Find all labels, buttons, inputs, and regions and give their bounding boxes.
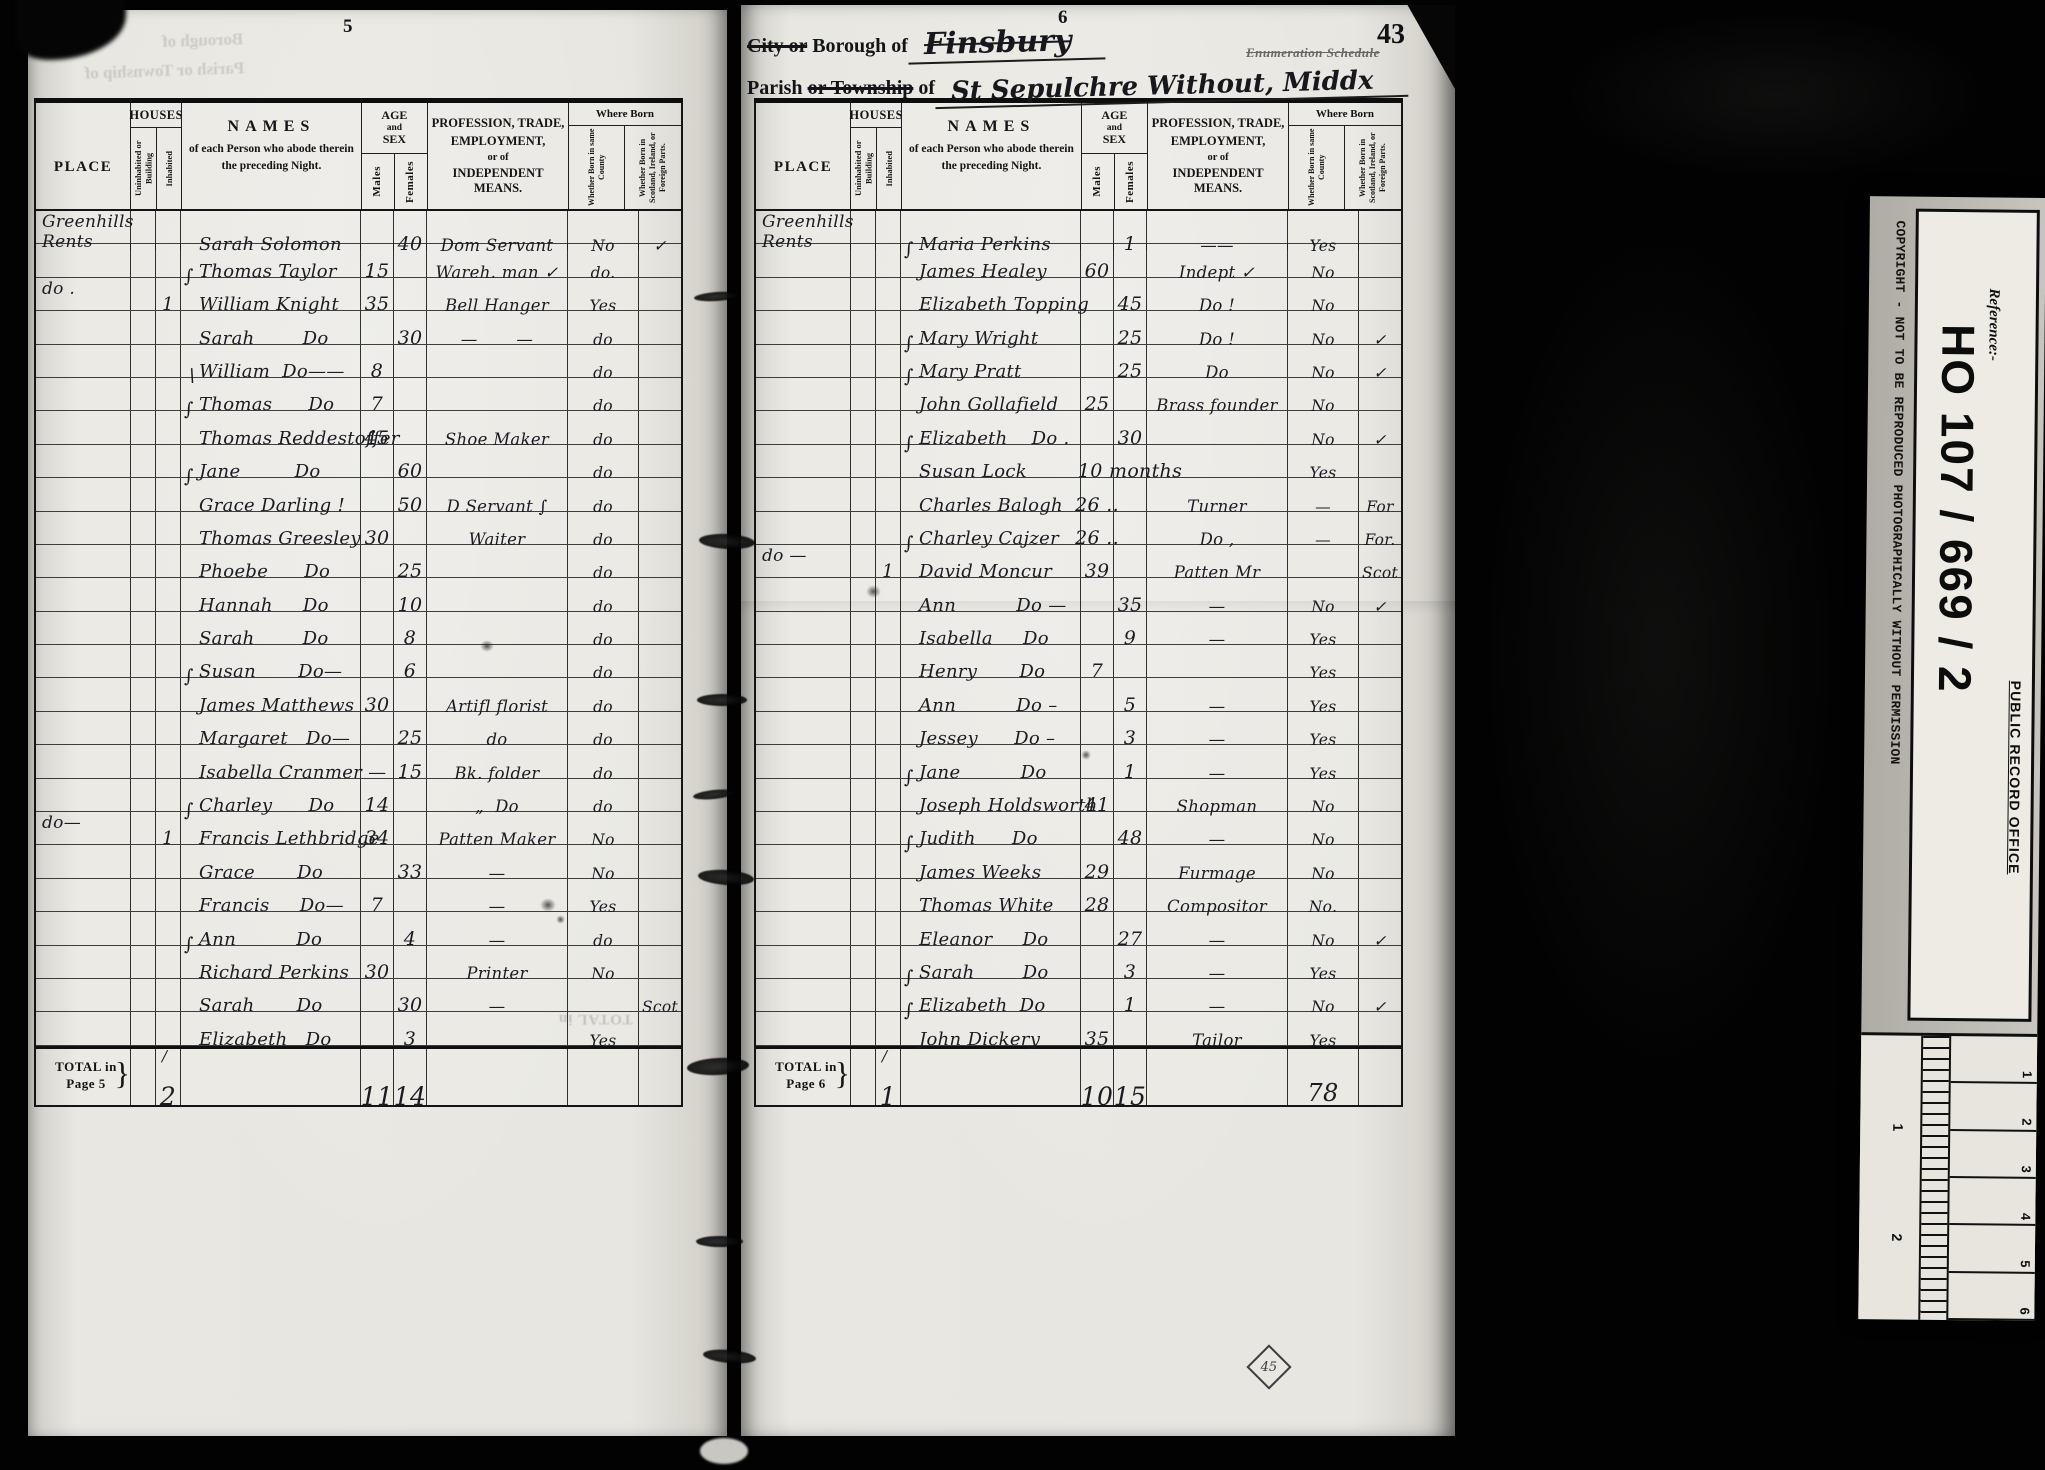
name-cell: Charles Balogh <box>901 478 1081 510</box>
born-county-cell: do <box>568 678 639 710</box>
uninhabited-cell <box>131 779 156 811</box>
born-county-cell: do <box>568 745 639 777</box>
females-age-cell <box>394 678 427 710</box>
born-county-cell: No <box>1288 979 1359 1011</box>
ruler-mark: 1 <box>1951 1036 2037 1084</box>
public-record-office-label: PUBLIC RECORD OFFICE <box>2006 681 2024 875</box>
ruler-scale-a: 123456 <box>1946 1036 2037 1321</box>
uninhabited-cell <box>851 411 876 443</box>
profession-cell: — <box>1147 912 1288 944</box>
place-cell: do — <box>756 545 851 577</box>
born-elsewhere-cell <box>639 512 681 544</box>
uninhabited-cell <box>851 478 876 510</box>
place-cell <box>36 545 131 577</box>
born-elsewhere-cell <box>639 1012 681 1044</box>
uninhabited-cell <box>131 912 156 944</box>
heading: City or Borough ofFinsbury Parish or Tow… <box>747 25 1408 112</box>
place-cell <box>756 979 851 1011</box>
parish-value: St Sepulchre Without, Middx <box>935 65 1408 109</box>
females-age-cell <box>1114 645 1147 677</box>
place-cell: Greenhills Rents <box>36 211 131 250</box>
inhabited-cell <box>156 879 181 911</box>
females-age-cell: 50 <box>394 478 427 510</box>
males-age-cell <box>361 645 394 677</box>
born-county-cell: do <box>568 779 639 811</box>
profession-cell: Printer <box>427 946 568 978</box>
heading-parish-line: Parish or Township ofSt Sepulchre Withou… <box>747 71 1408 103</box>
inhabited-cell <box>156 578 181 610</box>
name-cell: Thomas Reddestoffer <box>181 411 361 443</box>
uninhabited-cell <box>131 645 156 677</box>
census-row: Henry Do7Yes <box>756 645 1401 678</box>
census-row: ∫Mary Pratt25DoNo✓ <box>756 345 1401 378</box>
males-age-cell: 35 <box>361 278 394 310</box>
name-cell: Grace Darling ! <box>181 478 361 510</box>
totals-born2-cell <box>639 1049 681 1105</box>
column-header-born-same-county: Whether Born in same County <box>569 126 626 209</box>
census-row: Jessey Do –3—Yes <box>756 712 1401 745</box>
females-age-cell: 40 <box>394 211 427 250</box>
profession-cell: Brass founder <box>1147 378 1288 410</box>
profession-cell <box>427 1012 568 1044</box>
census-row: Isabella Do9—Yes <box>756 612 1401 645</box>
born-elsewhere-cell <box>639 445 681 477</box>
census-row: Elizabeth Do3Yes <box>36 1012 681 1045</box>
census-row: James Matthews30Artifl floristdo <box>36 678 681 711</box>
born-county-cell: do <box>568 645 639 677</box>
name-cell: Francis Do— <box>181 879 361 911</box>
males-age-cell: 41 <box>1081 779 1114 811</box>
census-row: ∫Susan Do—6do <box>36 645 681 678</box>
inhabited-cell <box>876 645 901 677</box>
place-cell <box>756 779 851 811</box>
column-header-uninhabited: Uninhabited or Building <box>131 128 157 209</box>
name-cell: Sarah Solomon <box>181 211 361 250</box>
uninhabited-cell <box>131 979 156 1011</box>
place-cell <box>756 812 851 844</box>
census-row: Joseph Holdsworth41ShopmanNo <box>756 779 1401 812</box>
born-elsewhere-cell <box>639 378 681 410</box>
place-cell <box>36 311 131 343</box>
born-county-cell: No <box>1288 278 1359 310</box>
inhabited-cell <box>156 912 181 944</box>
name-cell: Elizabeth Topping <box>901 278 1081 310</box>
totals-born2-cell <box>1359 1049 1401 1105</box>
males-age-cell: 15 <box>361 244 394 276</box>
totals-males-cell: 10 <box>1081 1049 1114 1105</box>
males-age-cell: 14 <box>361 779 394 811</box>
profession-cell: Furmage <box>1147 845 1288 877</box>
name-cell: John Gollafield <box>901 378 1081 410</box>
column-header-names: NAMES of each Person who abode therein t… <box>182 103 361 209</box>
born-elsewhere-cell <box>639 678 681 710</box>
born-elsewhere-cell <box>639 812 681 844</box>
census-row: Greenhills Rents∫Maria Perkins1——Yes <box>756 211 1401 244</box>
males-age-cell <box>361 545 394 577</box>
females-age-cell: 1 <box>1114 979 1147 1011</box>
born-county-cell: Yes <box>568 879 639 911</box>
name-cell: ∫Thomas Do <box>181 378 361 410</box>
place-cell <box>756 345 851 377</box>
place-cell <box>36 946 131 978</box>
females-age-cell: 15 <box>394 745 427 777</box>
table-header: PLACE HOUSES Uninhabited or Building Inh… <box>756 103 1401 211</box>
uninhabited-cell <box>131 578 156 610</box>
name-cell: Thomas Greesley <box>181 512 361 544</box>
males-age-cell <box>1081 578 1114 610</box>
females-age-cell: 45 <box>1114 278 1147 310</box>
column-header-where-born: Where Born Whether Born in same County W… <box>1289 103 1401 209</box>
uninhabited-cell <box>131 879 156 911</box>
inhabited-cell: 1 <box>156 278 181 310</box>
census-row: ∫Sarah Do3—Yes <box>756 946 1401 979</box>
born-elsewhere-cell <box>1359 812 1401 844</box>
census-row: Ann Do –5—Yes <box>756 678 1401 711</box>
profession-cell: Tailor <box>1147 1012 1288 1044</box>
uninhabited-cell <box>131 612 156 644</box>
corner-diamond-mark: 45 <box>1246 1344 1291 1389</box>
place-cell <box>36 411 131 443</box>
uninhabited-cell <box>131 812 156 844</box>
ruler-mark: 6 <box>1948 1273 2034 1321</box>
inhabited-cell <box>876 779 901 811</box>
column-header-uninhabited: Uninhabited or Building <box>851 128 877 209</box>
census-row: Grace Do33—No <box>36 845 681 878</box>
census-row: ∫Charley Cajzer26 ..Do ,—For. <box>756 512 1401 545</box>
uninhabited-cell <box>851 345 876 377</box>
profession-cell <box>427 445 568 477</box>
scan-background: 5 Borough of Parish or Township of TOTAL… <box>0 0 2045 1470</box>
females-age-cell: 30 <box>394 311 427 343</box>
uninhabited-cell <box>131 512 156 544</box>
profession-cell: — <box>1147 812 1288 844</box>
place-cell <box>756 912 851 944</box>
born-county-cell: No <box>568 812 639 844</box>
males-age-cell: 34 <box>361 812 394 844</box>
females-age-cell <box>1114 845 1147 877</box>
females-age-cell: 3 <box>394 1012 427 1044</box>
born-elsewhere-cell <box>639 411 681 443</box>
column-header-born-same-county: Whether Born in same County <box>1289 126 1346 209</box>
females-age-cell: 27 <box>1114 912 1147 944</box>
males-age-cell: 45 <box>361 411 394 443</box>
uninhabited-cell <box>851 545 876 577</box>
census-row: Grace Darling !50D Servant ∫do <box>36 478 681 511</box>
males-age-cell: 26 .. <box>1081 512 1114 544</box>
census-row: do .1William Knight35Bell HangerYes <box>36 278 681 311</box>
column-header-age-sex: AGEandSEX Males Females <box>362 103 428 209</box>
place-cell <box>36 512 131 544</box>
census-row: Margaret Do—25dodo <box>36 712 681 745</box>
uninhabited-cell <box>851 512 876 544</box>
males-age-cell: 30 <box>361 946 394 978</box>
name-cell: Francis Lethbridge <box>181 812 361 844</box>
inhabited-cell <box>156 745 181 777</box>
profession-cell: Do <box>1147 345 1288 377</box>
totals-females-cell: 15 <box>1114 1049 1147 1105</box>
profession-cell <box>427 645 568 677</box>
uninhabited-cell <box>131 311 156 343</box>
males-age-cell <box>1081 712 1114 744</box>
females-age-cell <box>394 946 427 978</box>
borough-value: Finsbury <box>908 22 1106 64</box>
inhabited-cell <box>876 445 901 477</box>
place-cell <box>756 411 851 443</box>
scan-noise <box>1560 10 1990 180</box>
born-county-cell: No <box>1288 311 1359 343</box>
uninhabited-cell <box>131 1012 156 1044</box>
inhabited-cell <box>876 912 901 944</box>
inhabited-cell: 1 <box>876 545 901 577</box>
totals-males-cell: 11 <box>361 1049 394 1105</box>
born-county-cell <box>1288 545 1359 577</box>
males-age-cell: 7 <box>1081 645 1114 677</box>
name-cell: Sarah Do <box>181 311 361 343</box>
totals-born-cell: 78 <box>1288 1049 1359 1105</box>
reference-strip: COPYRIGHT - NOT TO BE REPRODUCED PHOTOGR… <box>1858 196 2045 1318</box>
born-county-cell: No <box>1288 345 1359 377</box>
uninhabited-cell <box>851 445 876 477</box>
born-elsewhere-cell: ✓ <box>1359 578 1401 610</box>
name-cell: Ann Do — <box>901 578 1081 610</box>
uninhabited-cell <box>851 946 876 978</box>
inhabited-cell <box>156 645 181 677</box>
born-elsewhere-cell <box>1359 445 1401 477</box>
males-age-cell: 39 <box>1081 545 1114 577</box>
column-header-females: Females <box>1115 154 1147 209</box>
males-age-cell: 29 <box>1081 845 1114 877</box>
inhabited-cell <box>876 812 901 844</box>
census-table-right: PLACE HOUSES Uninhabited or Building Inh… <box>754 98 1403 1107</box>
females-age-cell: 5 <box>1114 678 1147 710</box>
born-county-cell: No <box>1288 812 1359 844</box>
place-cell <box>756 879 851 911</box>
uninhabited-cell <box>851 1012 876 1044</box>
profession-cell: — <box>1147 678 1288 710</box>
born-county-cell: do <box>568 478 639 510</box>
born-county-cell: No <box>568 845 639 877</box>
census-row: James Weeks29FurmageNo <box>756 845 1401 878</box>
males-age-cell <box>1081 345 1114 377</box>
males-age-cell <box>1081 311 1114 343</box>
born-elsewhere-cell <box>1359 645 1401 677</box>
place-cell <box>756 512 851 544</box>
uninhabited-cell <box>851 278 876 310</box>
born-county-cell: do <box>568 545 639 577</box>
census-row: ∫Jane Do1—Yes <box>756 745 1401 778</box>
females-age-cell: 30 <box>1114 411 1147 443</box>
profession-cell: — <box>427 979 568 1011</box>
males-age-cell: 26 .. <box>1081 478 1114 510</box>
uninhabited-cell <box>851 812 876 844</box>
ruler-scale-b: 12 <box>1858 1035 1949 1320</box>
males-age-cell <box>1081 812 1114 844</box>
inhabited-cell <box>156 779 181 811</box>
born-county-cell: No <box>568 946 639 978</box>
uninhabited-cell <box>131 478 156 510</box>
males-age-cell <box>1081 678 1114 710</box>
name-cell: Grace Do <box>181 845 361 877</box>
name-cell: Isabella Cranmer — <box>181 745 361 777</box>
place-cell: do— <box>36 812 131 844</box>
inhabited-cell <box>156 244 181 276</box>
name-cell: William Knight <box>181 278 361 310</box>
totals-females-cell: 14 <box>394 1049 427 1105</box>
uninhabited-cell <box>131 845 156 877</box>
born-county-cell: Yes <box>1288 612 1359 644</box>
uninhabited-cell <box>131 946 156 978</box>
born-elsewhere-cell: Scot <box>639 979 681 1011</box>
totals-label-cell: TOTAL inPage 6 } <box>756 1049 851 1105</box>
inhabited-cell <box>876 845 901 877</box>
born-elsewhere-cell: For. <box>1359 512 1401 544</box>
males-age-cell <box>1081 946 1114 978</box>
born-elsewhere-cell <box>1359 879 1401 911</box>
born-county-cell: Yes <box>1288 645 1359 677</box>
place-cell <box>36 745 131 777</box>
name-cell: Isabella Do <box>901 612 1081 644</box>
born-elsewhere-cell <box>639 745 681 777</box>
place-cell <box>36 378 131 410</box>
totals-name-cell <box>181 1049 361 1105</box>
uninhabited-cell <box>851 612 876 644</box>
place-cell <box>756 278 851 310</box>
born-elsewhere-cell <box>1359 378 1401 410</box>
totals-uninhabited-cell <box>131 1049 156 1105</box>
census-row: Susan Lock10 monthsYes <box>756 445 1401 478</box>
totals-brace: } <box>115 1055 130 1092</box>
place-cell <box>756 946 851 978</box>
census-row: Ann Do —35—No✓ <box>756 578 1401 611</box>
inhabited-cell <box>156 345 181 377</box>
place-cell <box>36 779 131 811</box>
profession-cell: Dom Servant <box>427 211 568 250</box>
census-page-left: 5 Borough of Parish or Township of TOTAL… <box>28 10 727 1436</box>
inhabited-cell <box>876 678 901 710</box>
inhabited-cell <box>156 712 181 744</box>
census-page-right: 6 43 City or Borough ofFinsbury Parish o… <box>741 5 1455 1436</box>
inhabited-cell <box>156 979 181 1011</box>
place-cell <box>756 578 851 610</box>
name-cell: David Moncur <box>901 545 1081 577</box>
inhabited-cell <box>156 378 181 410</box>
females-age-cell: 25 <box>394 545 427 577</box>
males-age-cell <box>361 1012 394 1044</box>
name-cell: ∫Elizabeth Do <box>901 979 1081 1011</box>
males-age-cell <box>361 979 394 1011</box>
born-county-cell <box>568 979 639 1011</box>
name-cell: John Dickery <box>901 1012 1081 1044</box>
place-cell <box>36 678 131 710</box>
place-cell <box>756 645 851 677</box>
column-header-males: Males <box>1082 154 1115 209</box>
males-age-cell: 7 <box>361 378 394 410</box>
totals-profession-cell <box>1147 1049 1288 1105</box>
census-row: Elizabeth Topping45Do !No <box>756 278 1401 311</box>
uninhabited-cell <box>851 311 876 343</box>
profession-cell: Do , <box>1147 512 1288 544</box>
born-county-cell: do <box>568 345 639 377</box>
place-cell <box>36 912 131 944</box>
totals-name-cell <box>901 1049 1081 1105</box>
name-cell: James Matthews <box>181 678 361 710</box>
census-row: Richard Perkins30PrinterNo <box>36 946 681 979</box>
census-table-left: PLACE HOUSES Uninhabited or Building Inh… <box>34 98 683 1107</box>
born-elsewhere-cell <box>639 478 681 510</box>
column-header-houses: HOUSES Uninhabited or Building Inhabited <box>851 103 902 209</box>
column-header-inhabited: Inhabited <box>157 128 182 209</box>
inhabited-cell <box>876 1012 901 1044</box>
inhabited-cell <box>156 478 181 510</box>
census-row: ∫Ann Do4—do <box>36 912 681 945</box>
census-row: Hannah Do10do <box>36 578 681 611</box>
name-cell: Joseph Holdsworth <box>901 779 1081 811</box>
females-age-cell: 1 <box>1114 745 1147 777</box>
census-row: ∖William Do——8do <box>36 345 681 378</box>
reference-number: HO 107 / 669 / 2 <box>1928 324 1986 694</box>
name-cell: Henry Do <box>901 645 1081 677</box>
census-row: Francis Do—7—Yes <box>36 879 681 912</box>
place-cell <box>36 478 131 510</box>
place-cell <box>36 578 131 610</box>
profession-cell: — <box>1147 946 1288 978</box>
inhabited-cell: 1 <box>156 812 181 844</box>
column-header-place: PLACE <box>756 103 851 209</box>
name-cell: Sarah Do <box>181 979 361 1011</box>
born-county-cell: do <box>568 578 639 610</box>
males-age-cell: 7 <box>361 879 394 911</box>
inhabited-cell <box>156 445 181 477</box>
uninhabited-cell <box>851 912 876 944</box>
born-county-cell: Yes <box>1288 946 1359 978</box>
profession-cell: — <box>1147 979 1288 1011</box>
born-county-cell: No <box>1288 411 1359 443</box>
place-cell <box>756 678 851 710</box>
males-age-cell: 25 <box>1081 378 1114 410</box>
census-row: Thomas White28CompositorNo. <box>756 879 1401 912</box>
profession-cell: Bell Hanger <box>427 278 568 310</box>
born-elsewhere-cell: Scot <box>1359 545 1401 577</box>
females-age-cell: 8 <box>394 612 427 644</box>
born-elsewhere-cell <box>639 779 681 811</box>
males-age-cell <box>361 311 394 343</box>
uninhabited-cell <box>131 445 156 477</box>
ruler-mark: 2 <box>1889 1233 1905 1241</box>
profession-cell <box>427 345 568 377</box>
females-age-cell <box>394 512 427 544</box>
uninhabited-cell <box>131 244 156 276</box>
place-cell <box>36 445 131 477</box>
males-age-cell <box>1081 912 1114 944</box>
place-cell <box>756 445 851 477</box>
males-age-cell <box>361 712 394 744</box>
inhabited-cell <box>876 946 901 978</box>
place-cell <box>756 612 851 644</box>
males-age-cell <box>361 578 394 610</box>
inhabited-cell <box>156 512 181 544</box>
inhabited-cell <box>876 378 901 410</box>
born-elsewhere-cell: ✓ <box>1359 912 1401 944</box>
name-cell: ∫Jane Do <box>901 745 1081 777</box>
females-age-cell <box>394 345 427 377</box>
born-county-cell: do <box>568 411 639 443</box>
name-cell: ∫Mary Wright <box>901 311 1081 343</box>
born-elsewhere-cell <box>639 946 681 978</box>
profession-cell: Shoe Maker <box>427 411 568 443</box>
uninhabited-cell <box>851 845 876 877</box>
females-age-cell: 9 <box>1114 612 1147 644</box>
place-cell <box>756 745 851 777</box>
